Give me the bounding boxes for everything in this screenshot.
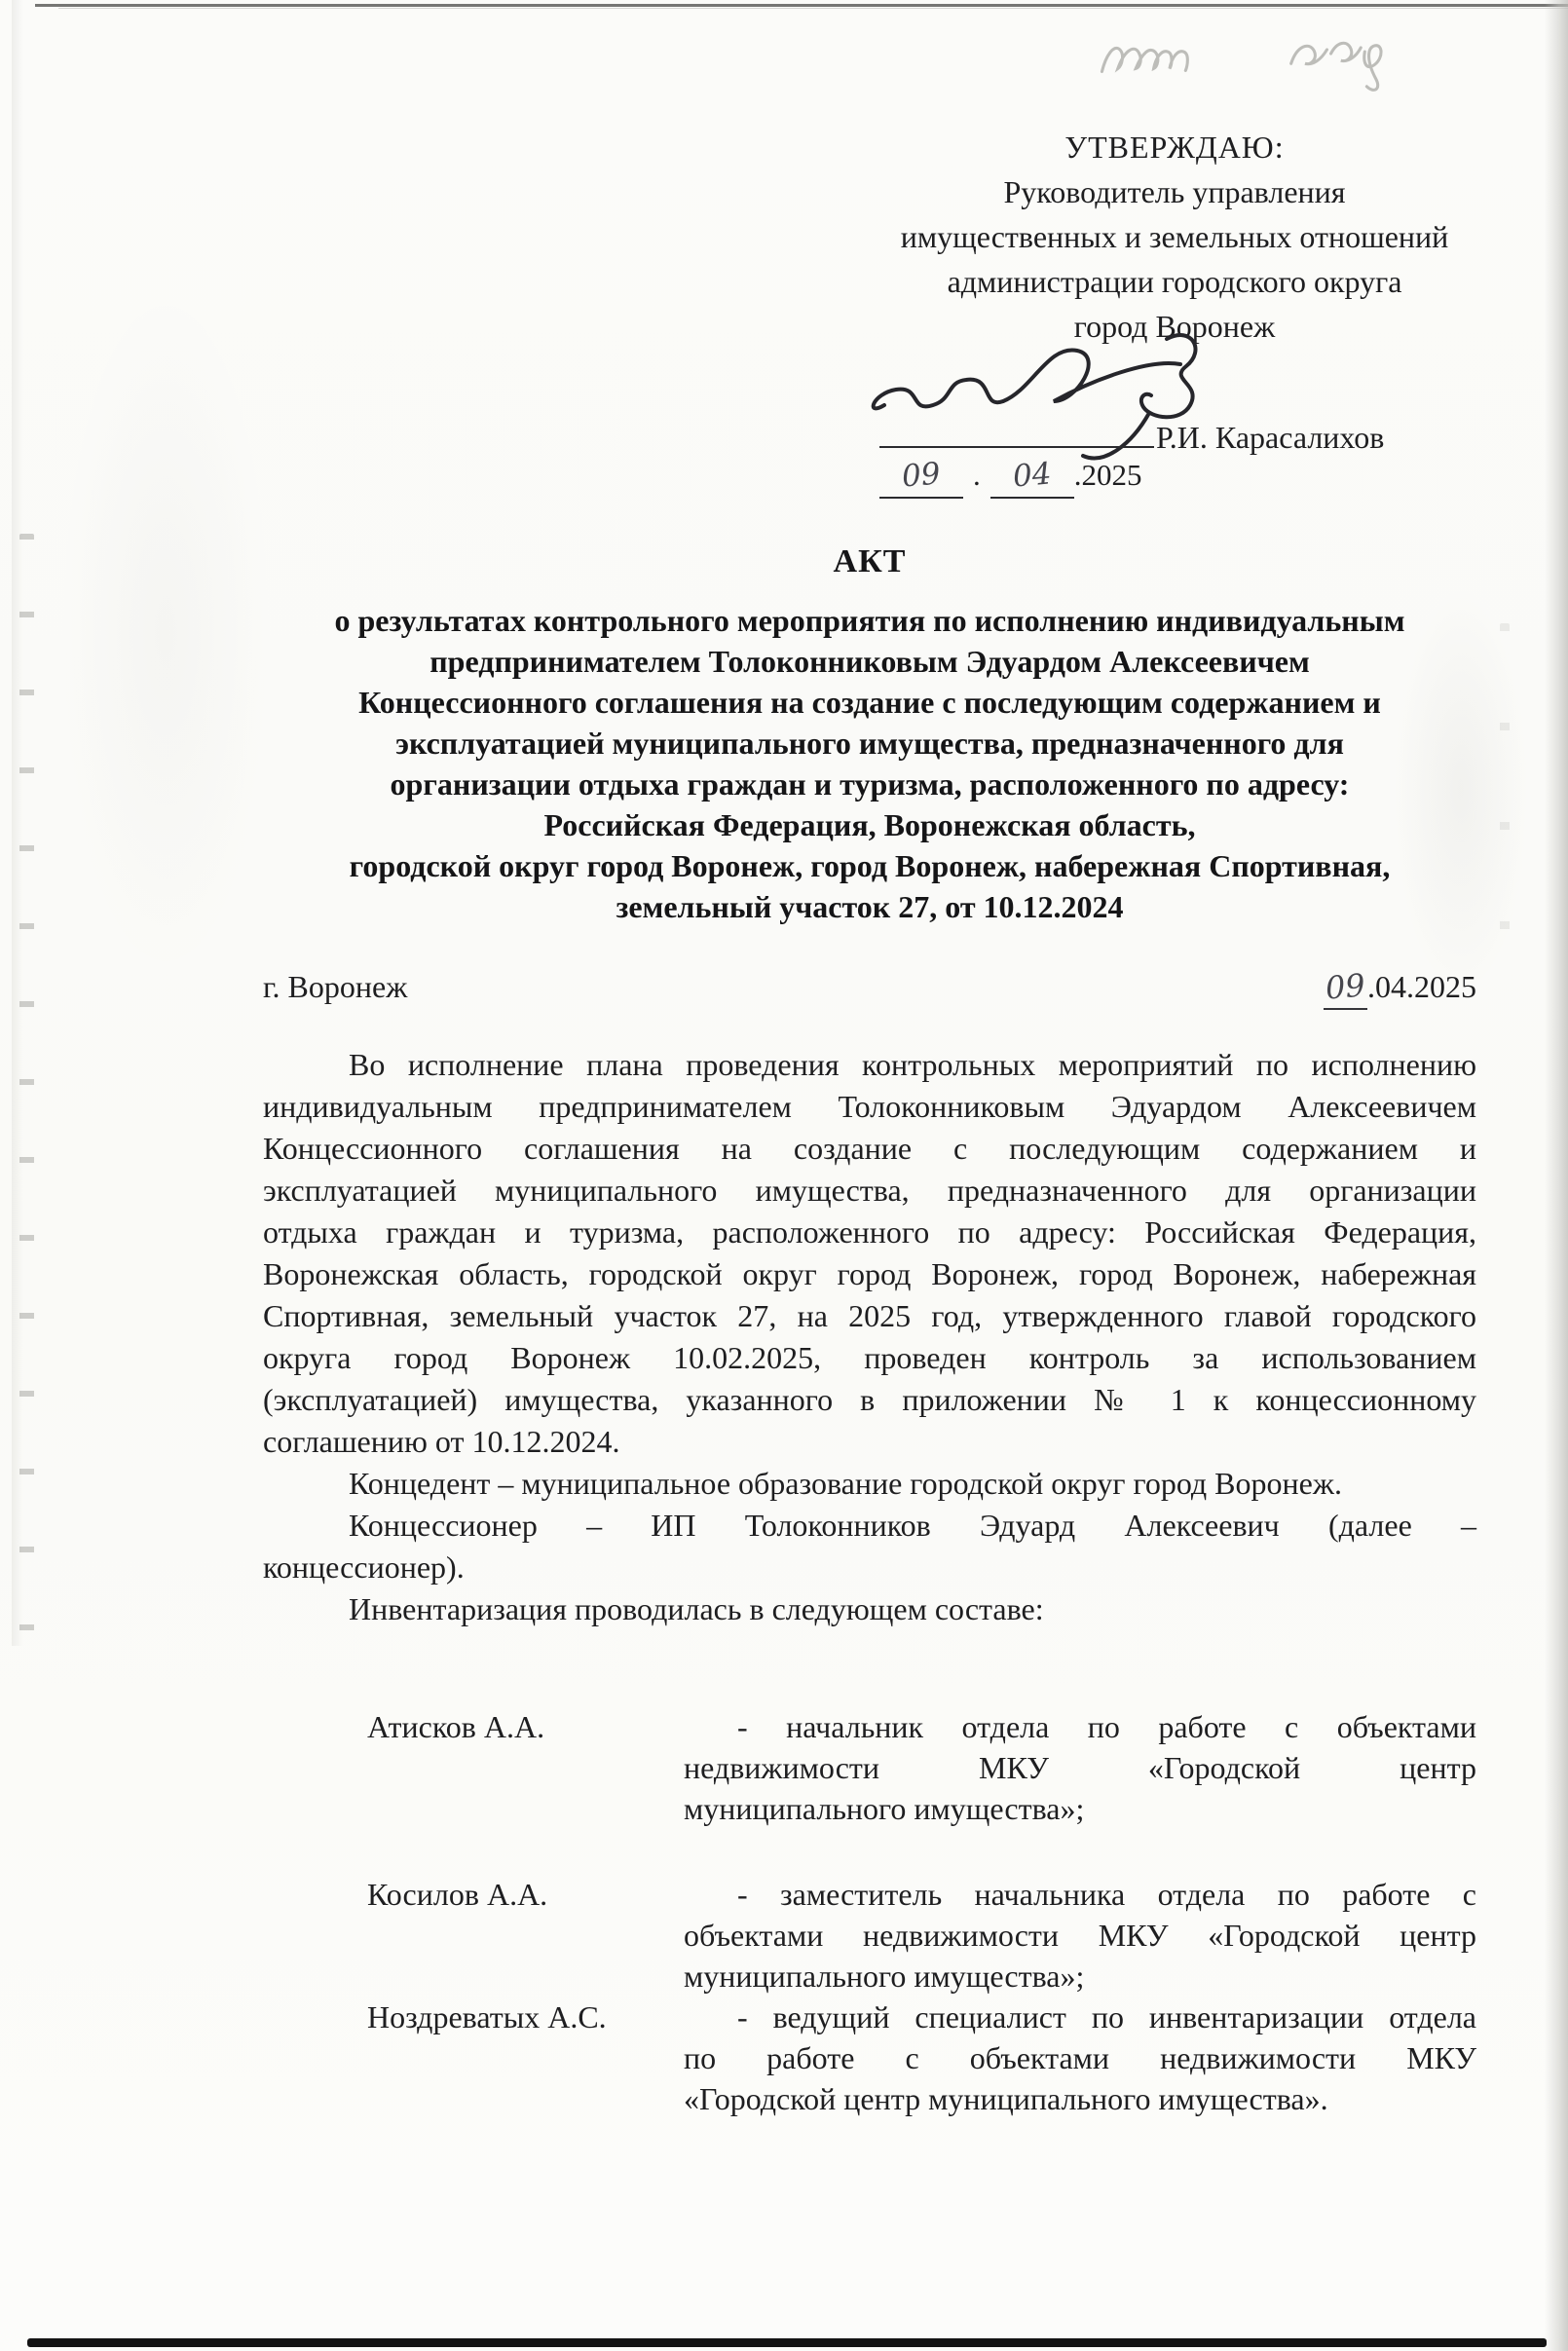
role-line: по работе с объектами недвижимости МКУ — [684, 2037, 1476, 2078]
member-name: Ноздреватых А.С. — [367, 1996, 684, 2119]
member-name: Косилов А.А. — [367, 1874, 684, 1996]
subtitle-line: эксплуатацией муниципального имущества, … — [263, 723, 1476, 764]
role-line: - ведущий специалист по инвентаризации о… — [684, 1996, 1476, 2037]
scan-edge-top-faint — [58, 8, 1568, 9]
pencil-annotation — [1091, 6, 1432, 95]
subtitle-line: городской округ город Воронеж, город Вор… — [263, 845, 1476, 886]
role-line: объектами недвижимости МКУ «Городской це… — [684, 1915, 1476, 1956]
approval-line: администрации городского округа — [872, 259, 1477, 304]
body-line: округа город Воронеж 10.02.2025, проведе… — [263, 1337, 1476, 1379]
role-line: «Городской центр муниципального имуществ… — [684, 2078, 1476, 2119]
subtitle-line: земельный участок 27, от 10.12.2024 — [263, 886, 1476, 927]
body-line: Спортивная, земельный участок 27, на 202… — [263, 1295, 1476, 1337]
member-role: - заместитель начальника отдела по работ… — [684, 1874, 1476, 1996]
approval-block: УТВЕРЖДАЮ: Руководитель управления имуще… — [872, 125, 1477, 349]
commission-member: Атисков А.А. - начальник отдела по работ… — [367, 1706, 1476, 1829]
subtitle-line: о результатах контрольного мероприятия п… — [263, 600, 1476, 641]
inventory-line: Инвентаризация проводилась в следующем с… — [263, 1588, 1476, 1630]
approval-line: Руководитель управления — [872, 169, 1477, 214]
document-date-day-slot: 09 — [1324, 966, 1367, 1010]
commission-member: Ноздреватых А.С. - ведущий специалист по… — [367, 1996, 1476, 2119]
handwritten-day: 09 — [901, 456, 942, 494]
subtitle-line: предпринимателем Толоконниковым Эдуардом… — [263, 641, 1476, 682]
document-title: АКТ — [263, 541, 1476, 582]
body-line: Воронежская область, городской округ гор… — [263, 1253, 1476, 1295]
spacer — [367, 1829, 1476, 1874]
commission-list: Атисков А.А. - начальник отдела по работ… — [367, 1706, 1476, 2119]
koncessioner-line: концессионер). — [263, 1547, 1476, 1588]
body-line: индивидуальным предпринимателем Толоконн… — [263, 1086, 1476, 1128]
body-line: отдыха граждан и туризма, расположенного… — [263, 1212, 1476, 1253]
signer-name: Р.И. Карасалихов — [1156, 420, 1384, 455]
body-line: соглашению от 10.12.2024. — [263, 1421, 1476, 1463]
document-date: 09.04.2025 — [1324, 966, 1476, 1010]
body-line: (эксплуатацией) имущества, указанного в … — [263, 1379, 1476, 1421]
role-line: - начальник отдела по работе с объектами — [684, 1706, 1476, 1747]
approval-line: город Воронеж — [872, 304, 1477, 349]
commission-member: Косилов А.А. - заместитель начальника от… — [367, 1874, 1476, 1996]
scan-edge-top — [35, 4, 1568, 7]
approval-date-year: .2025 — [1074, 458, 1142, 492]
member-name: Атисков А.А. — [367, 1706, 684, 1829]
scan-noise-left — [19, 534, 34, 1663]
scan-noise-right — [1500, 623, 1510, 974]
member-role: - начальник отдела по работе с объектами… — [684, 1706, 1476, 1829]
document-date-printed: .04.2025 — [1367, 969, 1476, 1004]
approval-date-month-slot: 04 — [990, 458, 1074, 499]
approval-date: 09.04.2025 — [879, 458, 1142, 499]
place-date-row: г. Воронеж 09.04.2025 — [263, 966, 1476, 1010]
body-line: Концессионного соглашения на создание с … — [263, 1128, 1476, 1170]
scanned-document-page: УТВЕРЖДАЮ: Руководитель управления имуще… — [0, 0, 1568, 2351]
signature-row: Р.И. Карасалихов — [879, 413, 1384, 456]
subtitle-line: Российская Федерация, Воронежская област… — [263, 804, 1476, 845]
date-separator: . — [973, 458, 981, 493]
role-line: - заместитель начальника отдела по работ… — [684, 1874, 1476, 1915]
handwritten-month: 04 — [1012, 456, 1053, 494]
approval-title: УТВЕРЖДАЮ: — [872, 125, 1477, 169]
role-line: муниципального имущества»; — [684, 1788, 1476, 1829]
document-body: Во исполнение плана проведения контрольн… — [263, 1044, 1476, 1630]
body-line: Во исполнение плана проведения контрольн… — [263, 1044, 1476, 1086]
approval-date-day-slot: 09 — [879, 458, 963, 499]
scan-edge-bottom — [27, 2338, 1547, 2347]
approval-line: имущественных и земельных отношений — [872, 214, 1477, 259]
scan-edge-right — [1545, 0, 1568, 2351]
document-place: г. Воронеж — [263, 966, 407, 1008]
handwritten-day: 09 — [1324, 964, 1366, 1009]
role-line: недвижимости МКУ «Городской центр — [684, 1747, 1476, 1788]
koncessioner-line: Концессионер – ИП Толоконников Эдуард Ал… — [263, 1505, 1476, 1547]
scan-smudge — [58, 292, 273, 974]
koncedent-line: Концедент – муниципальное образование го… — [263, 1463, 1476, 1505]
member-role: - ведущий специалист по инвентаризации о… — [684, 1996, 1476, 2119]
body-line: эксплуатацией муниципального имущества, … — [263, 1170, 1476, 1212]
role-line: муниципального имущества»; — [684, 1956, 1476, 1996]
subtitle-line: Концессионного соглашения на создание с … — [263, 682, 1476, 723]
subtitle-line: организации отдыха граждан и туризма, ра… — [263, 764, 1476, 804]
signature-underline — [879, 413, 1154, 448]
document-subtitle: о результатах контрольного мероприятия п… — [263, 600, 1476, 927]
